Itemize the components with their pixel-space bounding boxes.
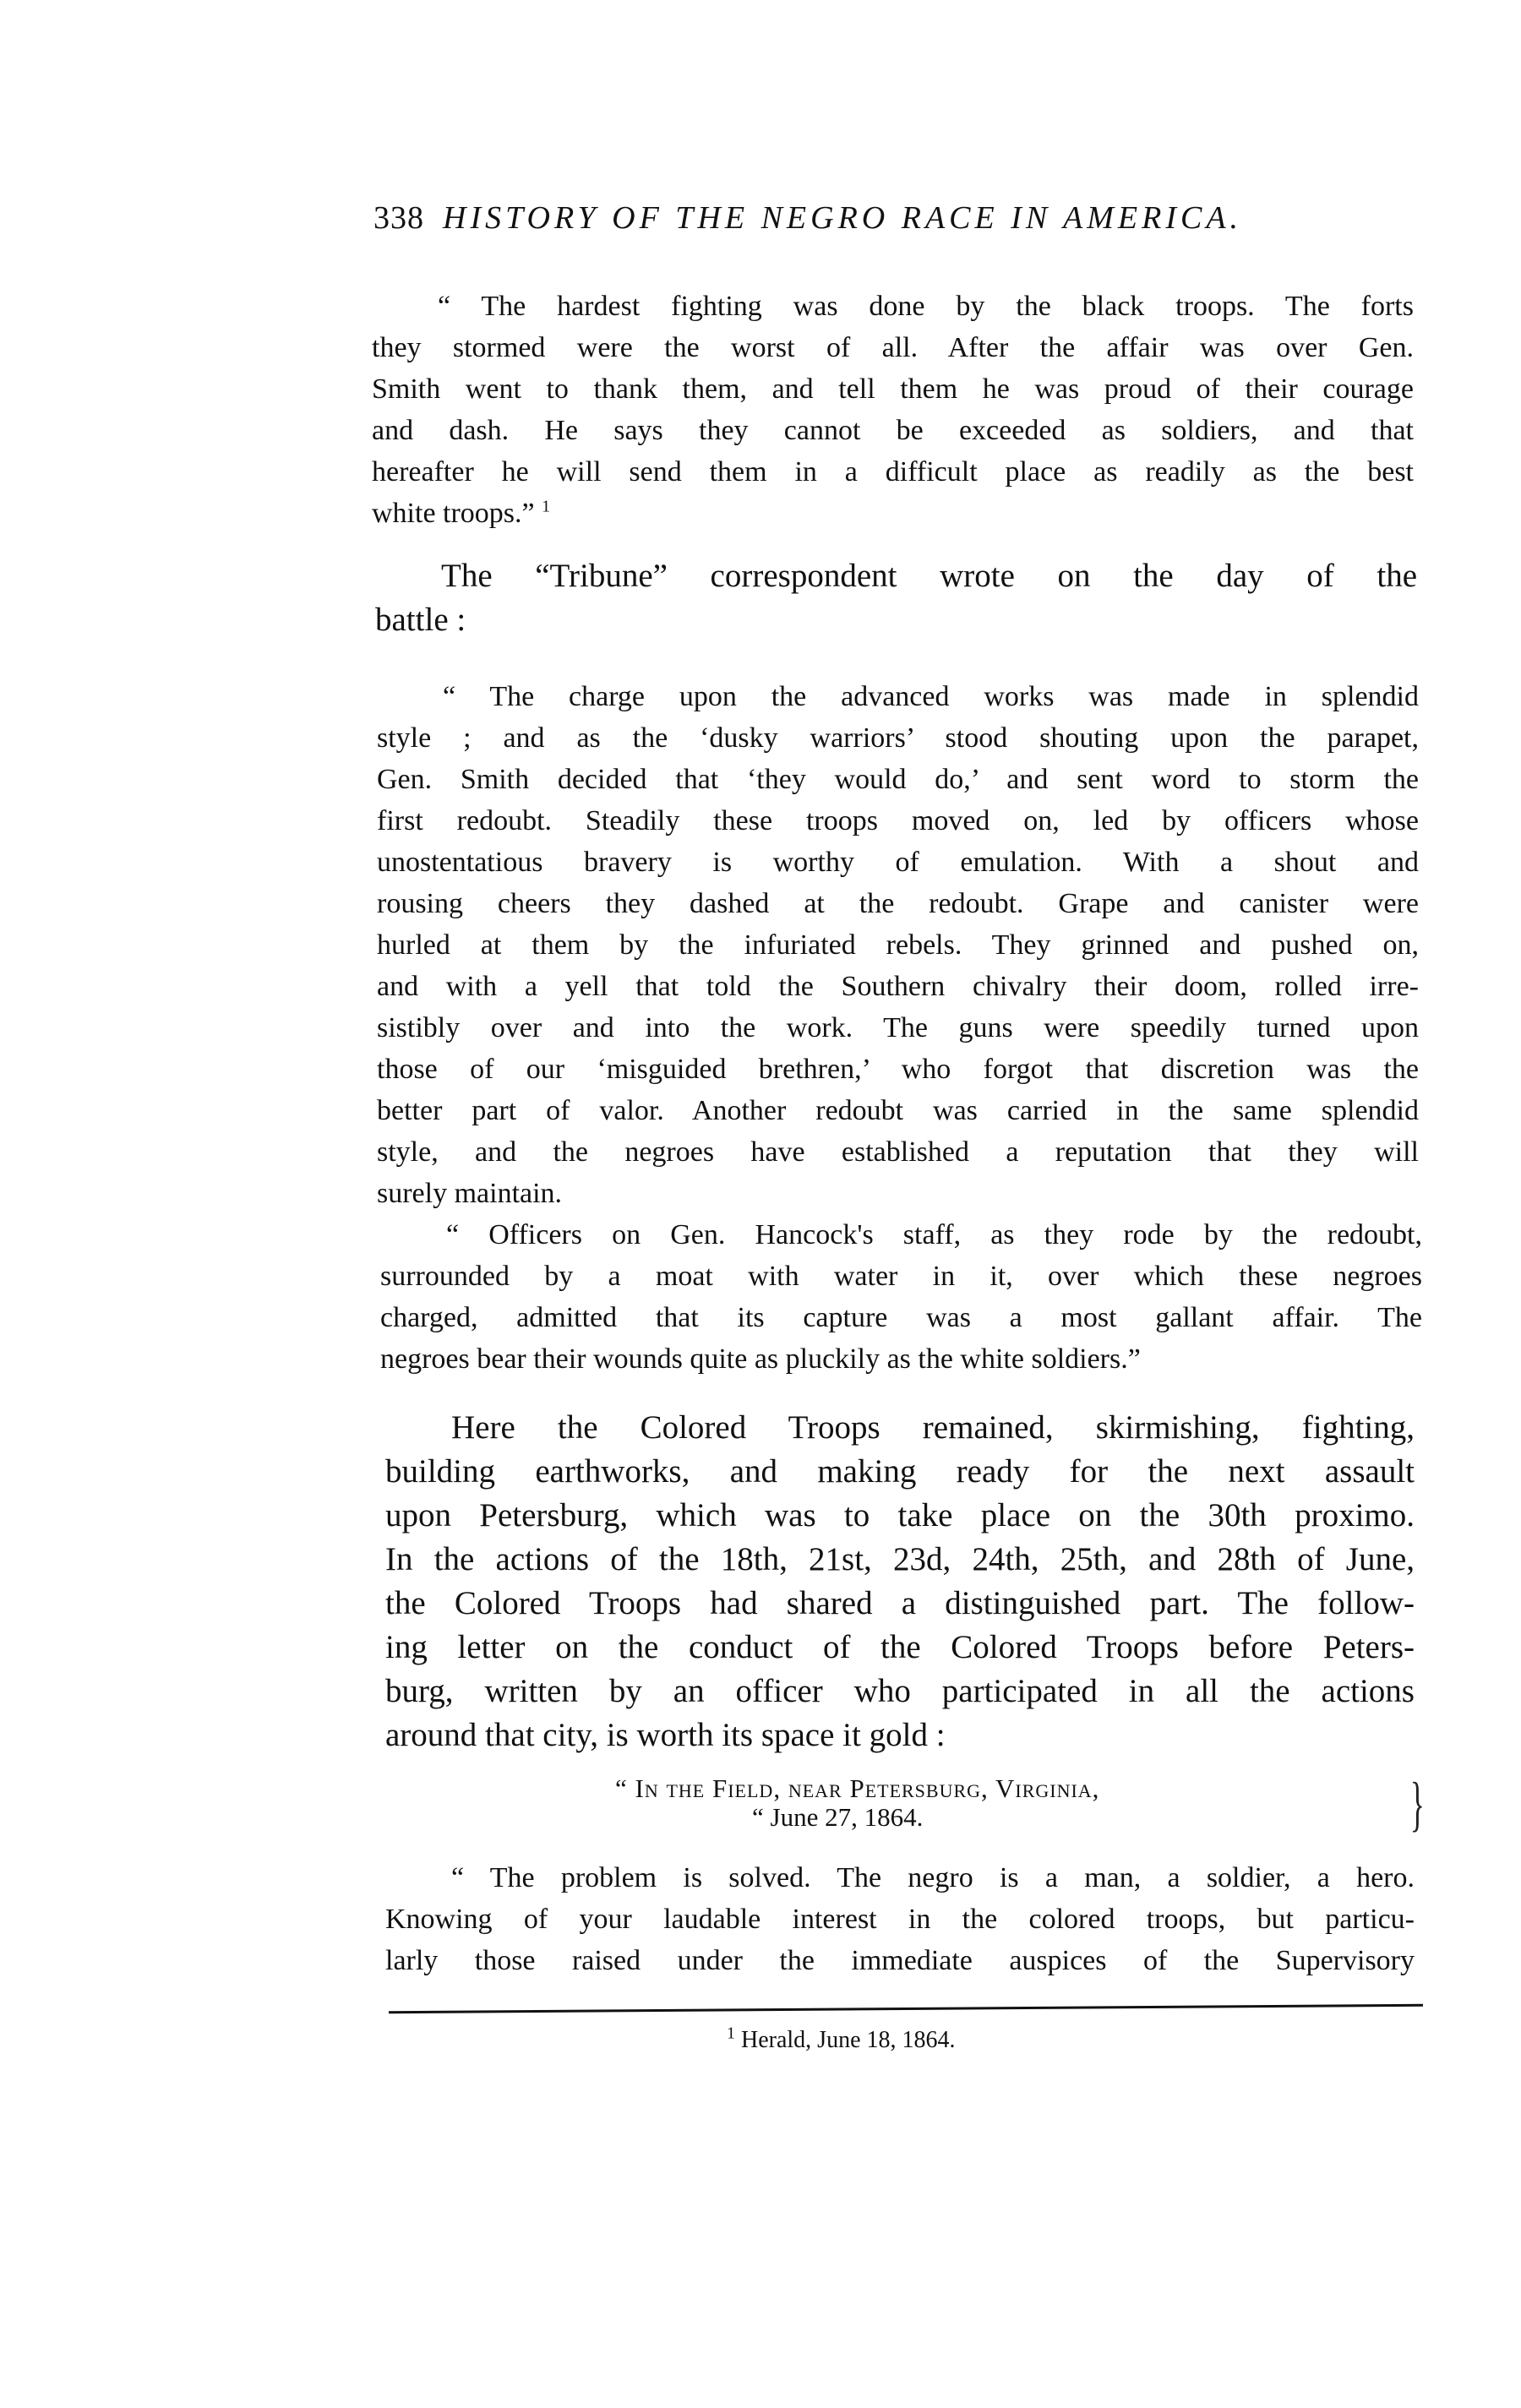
footnote: 1 Herald, June 18, 1864.	[727, 2026, 956, 2055]
text-line: rousing cheers they dashed at the redoub…	[377, 883, 1419, 924]
letter-dateline: “ In the Field, near Petersburg, Virgini…	[615, 1774, 1409, 1832]
dateline-date: “ June 27, 1864.	[615, 1803, 1409, 1832]
text-line: better part of valor. Another redoubt wa…	[377, 1090, 1419, 1131]
text-line: Smith went to thank them, and tell them …	[372, 368, 1414, 410]
page-number: 338	[373, 200, 424, 236]
text-line: “ The problem is solved. The negro is a …	[385, 1857, 1415, 1899]
text-line: and dash. He says they cannot be exceede…	[372, 410, 1414, 451]
text-line: “ The hardest fighting was done by the b…	[372, 286, 1414, 327]
paragraph-colored-troops: Here the Colored Troops remained, skirmi…	[385, 1406, 1415, 1757]
text-line: charged, admitted that its capture was a…	[380, 1297, 1422, 1338]
text-line: ing letter on the conduct of the Colored…	[385, 1626, 1415, 1670]
text-line: around that city, is worth its space it …	[385, 1713, 1415, 1757]
running-header: 338 HISTORY OF THE NEGRO RACE IN AMERICA…	[373, 199, 1421, 250]
text-line-with-footnote: white troops.” 1	[372, 493, 1414, 534]
text-line: hereafter he will send them in a difficu…	[372, 451, 1414, 493]
brace-icon: }	[1410, 1774, 1425, 1833]
text-line: unostentatious bravery is worthy of emul…	[377, 842, 1419, 883]
text-line: the Colored Troops had shared a distingu…	[385, 1582, 1415, 1626]
text-line: style, and the negroes have established …	[377, 1131, 1419, 1173]
paragraph-tribune-intro: The “Tribune” correspondent wrote on the…	[375, 554, 1417, 642]
book-page: 338 HISTORY OF THE NEGRO RACE IN AMERICA…	[0, 0, 1521, 2408]
footnote-reference[interactable]: 1	[542, 498, 550, 516]
text-line: “ The charge upon the advanced works was…	[377, 676, 1419, 717]
text-line: they stormed were the worst of all. Afte…	[372, 327, 1414, 368]
text-line: Here the Colored Troops remained, skirmi…	[385, 1406, 1415, 1450]
text-line: In the actions of the 18th, 21st, 23d, 2…	[385, 1538, 1415, 1582]
text-line: surely maintain.	[377, 1173, 1419, 1214]
footnote-divider	[389, 2004, 1423, 2014]
running-title: HISTORY OF THE NEGRO RACE IN AMERICA.	[443, 200, 1242, 236]
dateline-place: “ In the Field, near Petersburg, Virgini…	[615, 1774, 1409, 1803]
text-line: sistibly over and into the work. The gun…	[377, 1007, 1419, 1049]
text-line: Knowing of your laudable interest in the…	[385, 1899, 1415, 1940]
text-line: style ; and as the ‘dusky warriors’ stoo…	[377, 717, 1419, 759]
text-line: The “Tribune” correspondent wrote on the…	[375, 554, 1417, 598]
quote-tribune-hancock: “ Officers on Gen. Hancock's staff, as t…	[380, 1214, 1422, 1380]
text-line: “ Officers on Gen. Hancock's staff, as t…	[380, 1214, 1422, 1256]
text-line: larly those raised under the immediate a…	[385, 1940, 1415, 1981]
text-line: hurled at them by the infuriated rebels.…	[377, 924, 1419, 966]
footnote-text: Herald, June 18, 1864.	[741, 2027, 956, 2053]
text-line: burg, written by an officer who particip…	[385, 1670, 1415, 1713]
text-line: white troops.”	[372, 498, 535, 529]
text-line: those of our ‘misguided brethren,’ who f…	[377, 1049, 1419, 1090]
quote-herald: “ The hardest fighting was done by the b…	[372, 286, 1414, 534]
text-line: surrounded by a moat with water in it, o…	[380, 1256, 1422, 1297]
text-line: building earthworks, and making ready fo…	[385, 1450, 1415, 1494]
text-line: first redoubt. Steadily these troops mov…	[377, 800, 1419, 842]
text-line: battle :	[375, 598, 1417, 642]
text-line: negroes bear their wounds quite as pluck…	[380, 1338, 1422, 1380]
quote-tribune-charge: “ The charge upon the advanced works was…	[377, 676, 1419, 1214]
text-line: and with a yell that told the Southern c…	[377, 966, 1419, 1007]
text-line: Gen. Smith decided that ‘they would do,’…	[377, 759, 1419, 800]
footnote-marker: 1	[727, 2024, 735, 2043]
letter-body: “ The problem is solved. The negro is a …	[385, 1857, 1415, 1981]
text-line: upon Petersburg, which was to take place…	[385, 1494, 1415, 1538]
